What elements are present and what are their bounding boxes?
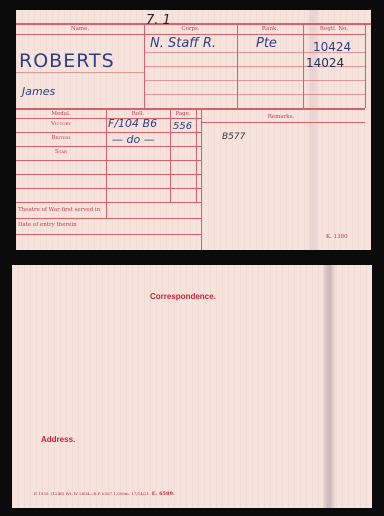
rule [201, 122, 365, 123]
remarks-value: B577 [222, 132, 245, 142]
rule [144, 94, 365, 95]
header-medal: Medal. [16, 111, 106, 117]
date-entry-label: Date of entry therein [18, 222, 77, 228]
rule [144, 80, 365, 81]
medal-card-back: Correspondence. Address. E 1935. (1246) … [12, 265, 372, 508]
rule [16, 132, 201, 133]
rule [16, 160, 201, 161]
corps-value: N. Staff R. [150, 36, 216, 51]
fold-shadow [322, 265, 336, 508]
rule [144, 34, 365, 35]
rule [16, 23, 371, 25]
divider [365, 23, 366, 108]
address-label: Address. [41, 435, 75, 444]
header-regtl-no: Regtl. No. [303, 26, 365, 32]
header-name: Name. [16, 26, 144, 32]
header-rank: Rank. [237, 26, 303, 32]
roll-victory: F/104 B6 [108, 117, 157, 130]
footer-code: E. 6589. [152, 491, 175, 497]
forename: James [22, 85, 55, 98]
rule [16, 188, 201, 189]
rule [16, 218, 201, 219]
rule [16, 146, 201, 147]
corps-marks: 7. 1 [146, 13, 171, 28]
medal-british: British [16, 135, 106, 141]
rule [16, 202, 201, 203]
medal-victory: Victory [16, 121, 106, 127]
regtl-no-1: 10424 [313, 40, 351, 54]
form-code: K. 1380 [326, 234, 348, 240]
footer-print: E 1935. (1246) Wt. W 2804—R.P. 6367 1,00… [34, 491, 175, 497]
medal-star: Star [16, 149, 106, 155]
roll-british: — do — [112, 133, 155, 146]
rule [16, 34, 144, 35]
theatre-label: Theatre of War first served in [18, 207, 100, 213]
footer-print-text: E 1935. (1246) Wt. W 2804—R.P. 6367 1,00… [34, 491, 151, 496]
medal-card-front: Name. Corps. Rank. Regtl. No. ROBERTS Ja… [16, 10, 371, 250]
rule [16, 234, 201, 235]
divider [201, 108, 202, 250]
header-remarks: Remarks. [201, 114, 361, 120]
surname: ROBERTS [19, 50, 115, 72]
rule [16, 174, 201, 175]
regtl-no-2: 14024 [306, 56, 344, 70]
page-victory: 556 [173, 121, 192, 132]
rule [16, 108, 365, 110]
rule [16, 72, 144, 73]
correspondence-label: Correspondence. [150, 292, 216, 301]
header-page: Page. [170, 111, 196, 117]
rank-value: Pte [256, 36, 277, 51]
